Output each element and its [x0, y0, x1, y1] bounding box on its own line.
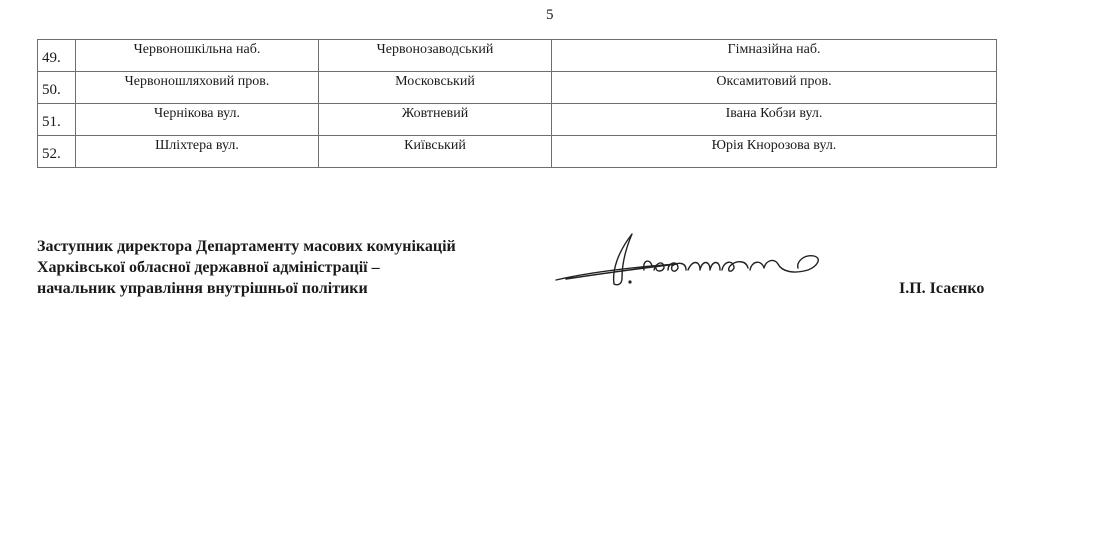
old-street-name-cell: Чернікова вул. — [76, 104, 319, 136]
row-number: 50. — [38, 72, 76, 104]
old-street-name: Червоношляховий пров. — [76, 72, 318, 89]
old-street-name-cell: Шліхтера вул. — [76, 136, 319, 168]
old-street-name: Червоношкільна наб. — [76, 40, 318, 57]
new-street-name-cell: Юрія Кнорозова вул. — [552, 136, 997, 168]
district-name: Київський — [319, 136, 551, 153]
old-street-name-cell: Червоношляховий пров. — [76, 72, 319, 104]
new-street-name: Оксамитовий пров. — [552, 72, 996, 89]
signer-name: І.П. Ісаєнко — [899, 279, 984, 299]
new-street-name-cell: Івана Кобзи вул. — [552, 104, 997, 136]
position-line: Харківської обласної державної адміністр… — [37, 257, 456, 278]
district-cell: Червонозаводський — [319, 40, 552, 72]
table-body: 49. Червоношкільна наб. Червонозаводськи… — [38, 40, 997, 168]
position-line: Заступник директора Департаменту масових… — [37, 236, 456, 257]
position-line: начальник управління внутрішньої політик… — [37, 278, 456, 299]
district-cell: Жовтневий — [319, 104, 552, 136]
row-number: 51. — [38, 104, 76, 136]
district-cell: Київський — [319, 136, 552, 168]
page-number: 5 — [546, 6, 554, 24]
old-street-name: Шліхтера вул. — [76, 136, 318, 153]
row-number: 52. — [38, 136, 76, 168]
table-row: 52. Шліхтера вул. Київський Юрія Кнорозо… — [38, 136, 997, 168]
row-number: 49. — [38, 40, 76, 72]
table-row: 49. Червоношкільна наб. Червонозаводськи… — [38, 40, 997, 72]
table-row: 50. Червоношляховий пров. Московський Ок… — [38, 72, 997, 104]
new-street-name-cell: Оксамитовий пров. — [552, 72, 997, 104]
handwritten-signature-icon — [552, 230, 837, 296]
district-name: Московський — [319, 72, 551, 89]
old-street-name: Чернікова вул. — [76, 104, 318, 121]
signatory-position: Заступник директора Департаменту масових… — [37, 236, 456, 299]
new-street-name-cell: Гімназійна наб. — [552, 40, 997, 72]
district-name: Червонозаводський — [319, 40, 551, 57]
new-street-name: Івана Кобзи вул. — [552, 104, 996, 121]
district-name: Жовтневий — [319, 104, 551, 121]
new-street-name: Гімназійна наб. — [552, 40, 996, 57]
table-row: 51. Чернікова вул. Жовтневий Івана Кобзи… — [38, 104, 997, 136]
street-renaming-table: 49. Червоношкільна наб. Червонозаводськи… — [37, 39, 997, 168]
district-cell: Московський — [319, 72, 552, 104]
old-street-name-cell: Червоношкільна наб. — [76, 40, 319, 72]
new-street-name: Юрія Кнорозова вул. — [552, 136, 996, 153]
